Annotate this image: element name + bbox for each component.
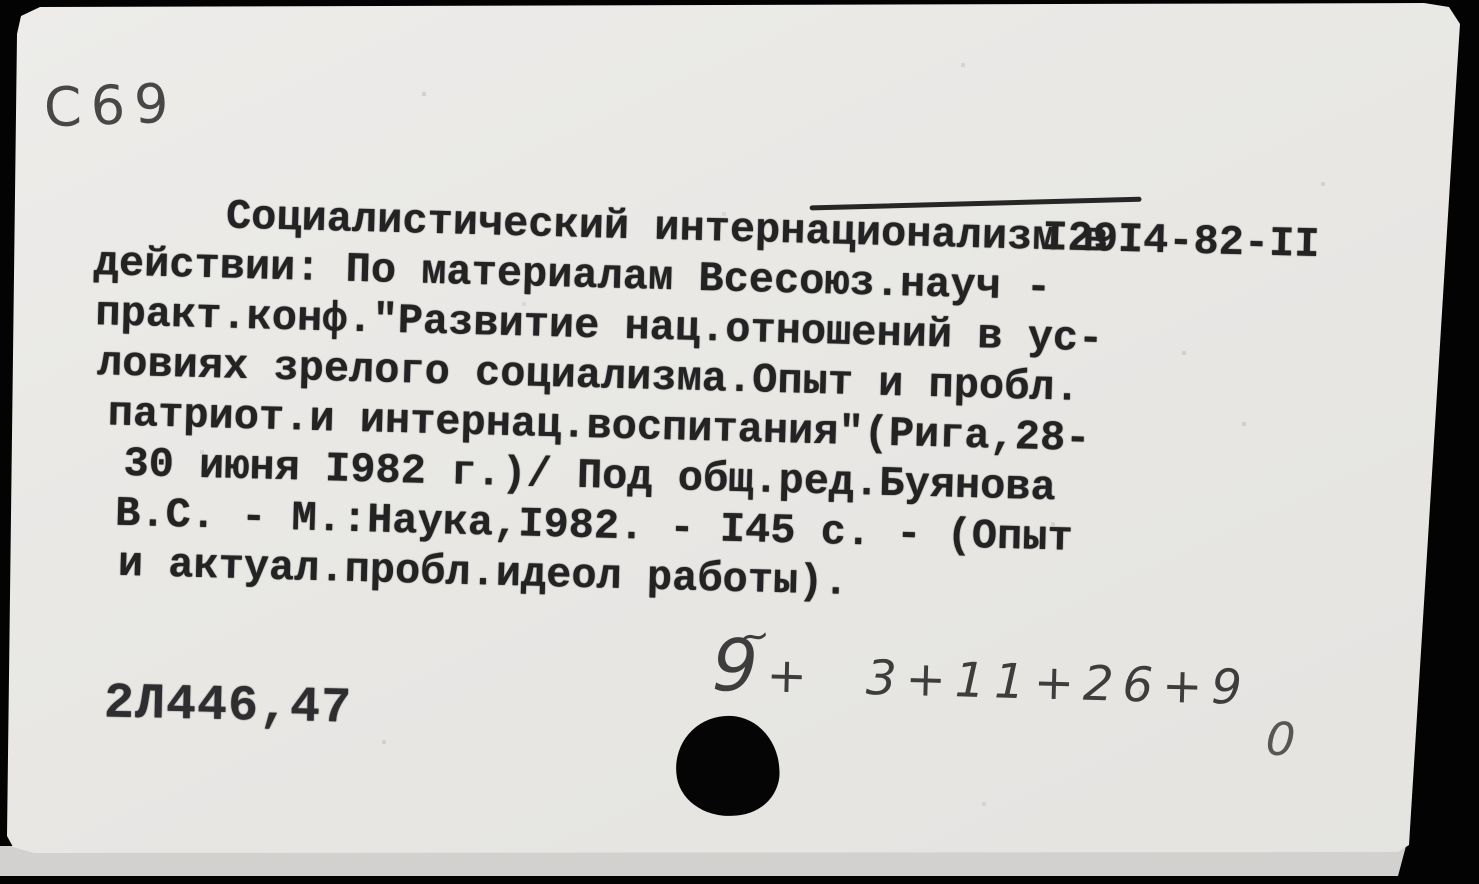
handwritten-zero-mark: 0 (1264, 711, 1297, 767)
catalog-card: С69 I29I4-82-II Социалистический интерна… (0, 0, 1479, 884)
call-number: 2Л446,47 (103, 675, 352, 737)
handwritten-classification-mark: С69 (43, 72, 179, 140)
handwritten-sum-note: 9+ 3+11+26+9 (711, 623, 1252, 721)
punch-hole (673, 713, 783, 820)
scan-noise (0, 0, 2, 2)
typed-text-block: I29I4-82-II Социалистический интернацион… (83, 138, 1304, 620)
scanned-catalog-card-page: С69 I29I4-82-II Социалистический интерна… (0, 0, 1479, 884)
